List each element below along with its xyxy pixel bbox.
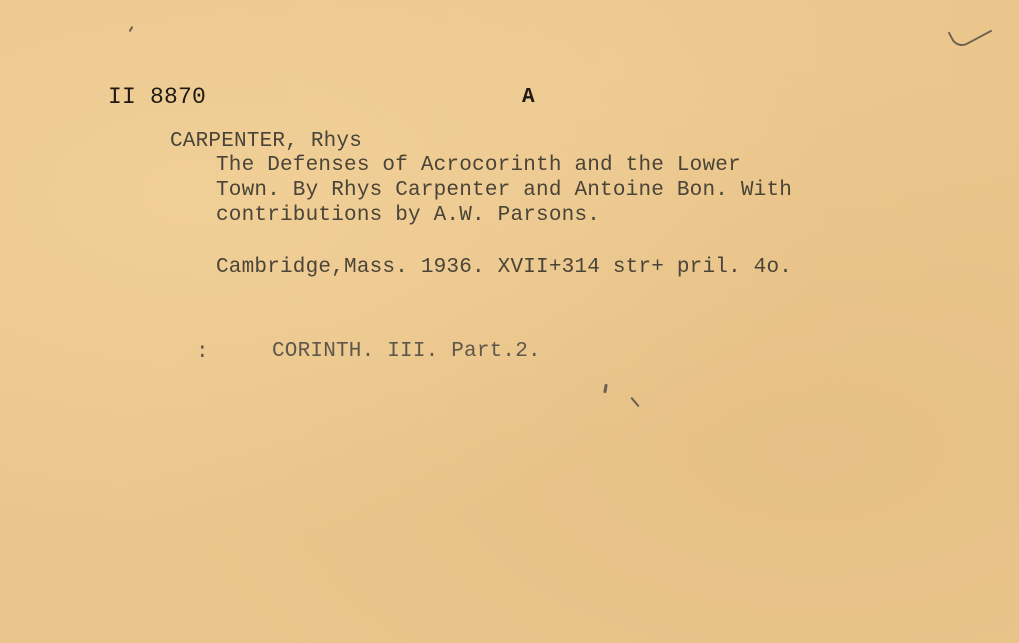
ink-speck (129, 26, 134, 32)
call-number: II 8870 (108, 84, 206, 110)
title-line-1: The Defenses of Acrocorinth and the Lowe… (216, 154, 741, 177)
ink-speck (630, 397, 639, 407)
series-marker: : (196, 341, 209, 364)
imprint-line: Cambridge,Mass. 1936. XVII+314 str+ pril… (216, 256, 792, 279)
section-letter: A (522, 86, 535, 109)
series-statement: CORINTH. III. Part.2. (272, 340, 541, 363)
title-line-2: Town. By Rhys Carpenter and Antoine Bon.… (216, 179, 792, 202)
catalog-card: II 8870 A CARPENTER, Rhys The Defenses o… (0, 0, 1019, 643)
title-line-3: contributions by A.W. Parsons. (216, 204, 600, 227)
check-mark-icon (948, 14, 993, 50)
author-heading: CARPENTER, Rhys (170, 130, 362, 153)
ink-speck (603, 384, 608, 393)
